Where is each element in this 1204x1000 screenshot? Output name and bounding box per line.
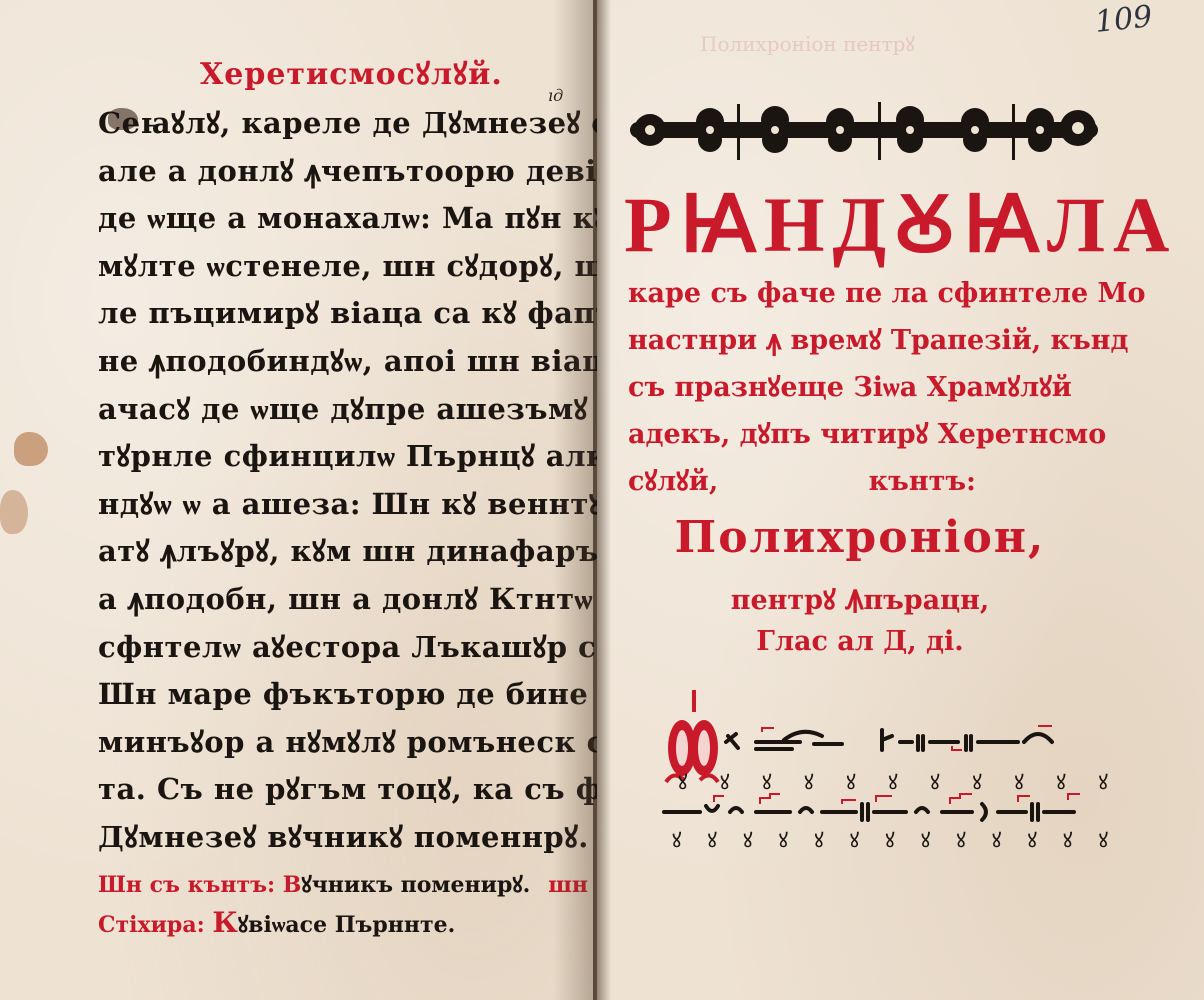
rubric-label: Шн съ кънтъ: [98,872,275,898]
manuscript-spread: Херетисмосꙋлꙋй. ıд Сеꙗꙋлꙋ, кареле де Дꙋм… [0,0,1204,1000]
syllable: ꙋ [992,826,1001,853]
rubric-line: съ празнꙋеще Зіѡа Храмꙋлꙋй [628,364,1108,411]
rubric-tail: шн [548,866,588,904]
ornamental-headpiece-icon [630,100,1098,160]
syllable: ꙋ [672,826,681,853]
text-line: де ѡще а монахалѡ: Ма пꙋн кꙋ [98,195,588,243]
syllable: ꙋ [850,826,859,853]
neume-row-1-icon [722,722,1102,762]
stain [14,432,48,466]
text-line: мꙋлте ѡстенеле, шн сꙋдорꙋ, шн рꙋ [98,243,588,291]
rubric-text: ꙋвіѡасе Пърннте. [238,912,455,938]
syllable: ꙋ [1099,826,1108,853]
text-line: Шн маре фъкъторю де бине шн лꙋ [98,671,588,719]
text-line: атꙋ ꙟлъꙋрꙋ, кꙋм шн динафаръ ѡ [98,528,588,576]
text-line: минъꙋор а нꙋмꙋлꙋ ромънеск са ар [98,719,588,767]
syllable: ꙋ [779,826,788,853]
text-line: не ꙟподобиндꙋѡ, апоі шн віаца [98,338,588,386]
rubric-line: каре съ фаче пе ла сфинтеле Мо [628,270,1108,317]
rubric-text-block: каре съ фаче пе ла сфинтеле Мо настнри ꙟ… [628,270,1108,505]
text-line: Дꙋмнезеꙋ вꙋчникꙋ поменнрꙋ. [98,814,588,862]
text-line: ндꙋѡ ѡ а ашеза: Шн кꙋ веннтꙋр [98,481,588,529]
text-line: ачасꙋ де ѡще дꙋпре ашезъмꙋ [98,386,588,434]
stain [0,490,28,534]
text-line: та. Съ не рꙋгъм тоцꙋ, ка съ факъ [98,766,588,814]
syllable: ꙋ [921,826,930,853]
tone-label: Глас ал Д, ді. [620,626,1100,657]
syllable: ꙋ [1063,826,1072,853]
page-title: РꙖНДꙊꙖЛА [624,168,1104,274]
neume-row-2-icon [660,790,1100,830]
left-page: Херетисмосꙋлꙋй. ıд Сеꙗꙋлꙋ, кареле де Дꙋм… [0,0,593,1000]
hymn-subtitle: пентрꙋ Ꙟпърацн, [620,580,1100,617]
rubric-line: адекъ, дꙋпъ читирꙋ Херетнсмо [628,411,1108,458]
syllable-row-2: ꙋ ꙋ ꙋ ꙋ ꙋ ꙋ ꙋ ꙋ ꙋ ꙋ ꙋ ꙋ ꙋ [672,826,1108,853]
syllable: ꙋ [956,826,965,853]
syllable: ꙋ [814,826,823,853]
rubric-initial: В [283,872,302,898]
text-line: але а донлꙋ ꙟчепътоорю девіаца [98,148,588,196]
syllable: ꙋ [708,826,717,853]
syllable: ꙋ [743,826,752,853]
page-heading: Херетисмосꙋлꙋй. [200,52,503,93]
rubric-initial: К [212,906,237,939]
rubric-line: настнри ꙟ времꙋ Трапезій, кънд [628,317,1108,364]
text-line: Сеꙗꙋлꙋ, кареле де Дꙋмнезеꙋ фінн [98,100,588,148]
main-text: Сеꙗꙋлꙋ, кареле де Дꙋмнезеꙋ фінн але а до… [98,100,588,944]
rubric-line: сꙋлꙋй, кънтъ: [628,458,1108,505]
rubric-text: ꙋчникъ поменирꙋ. [301,872,530,898]
folio-number: 109 [1093,0,1154,40]
rubric-line: Шн съ кънтъ: Вꙋчникъ поменирꙋ. шн [98,866,588,904]
syllable: ꙋ [885,826,894,853]
rubric-label: Стіхира: [98,912,205,938]
hymn-title: Полихроніон, [620,512,1100,563]
rubric-line: Стіхира: Кꙋвіѡасе Пърннте. [98,904,588,944]
text-line: сфнтелѡ аꙋестора Лъкашꙋр сафъкꙋ [98,624,588,672]
text-line: ле пъцимирꙋ віаца са кꙋ фапте бꙋ [98,290,588,338]
text-line: тꙋрнле сфинцилѡ Пърнцꙋ алкътꙋ [98,433,588,481]
text-line: а ꙟподобн, шн а донлꙋ Ктнтѡ а [98,576,588,624]
bleed-through-text: Полихроніон пентрꙋ [700,30,915,57]
syllable: ꙋ [1027,826,1036,853]
